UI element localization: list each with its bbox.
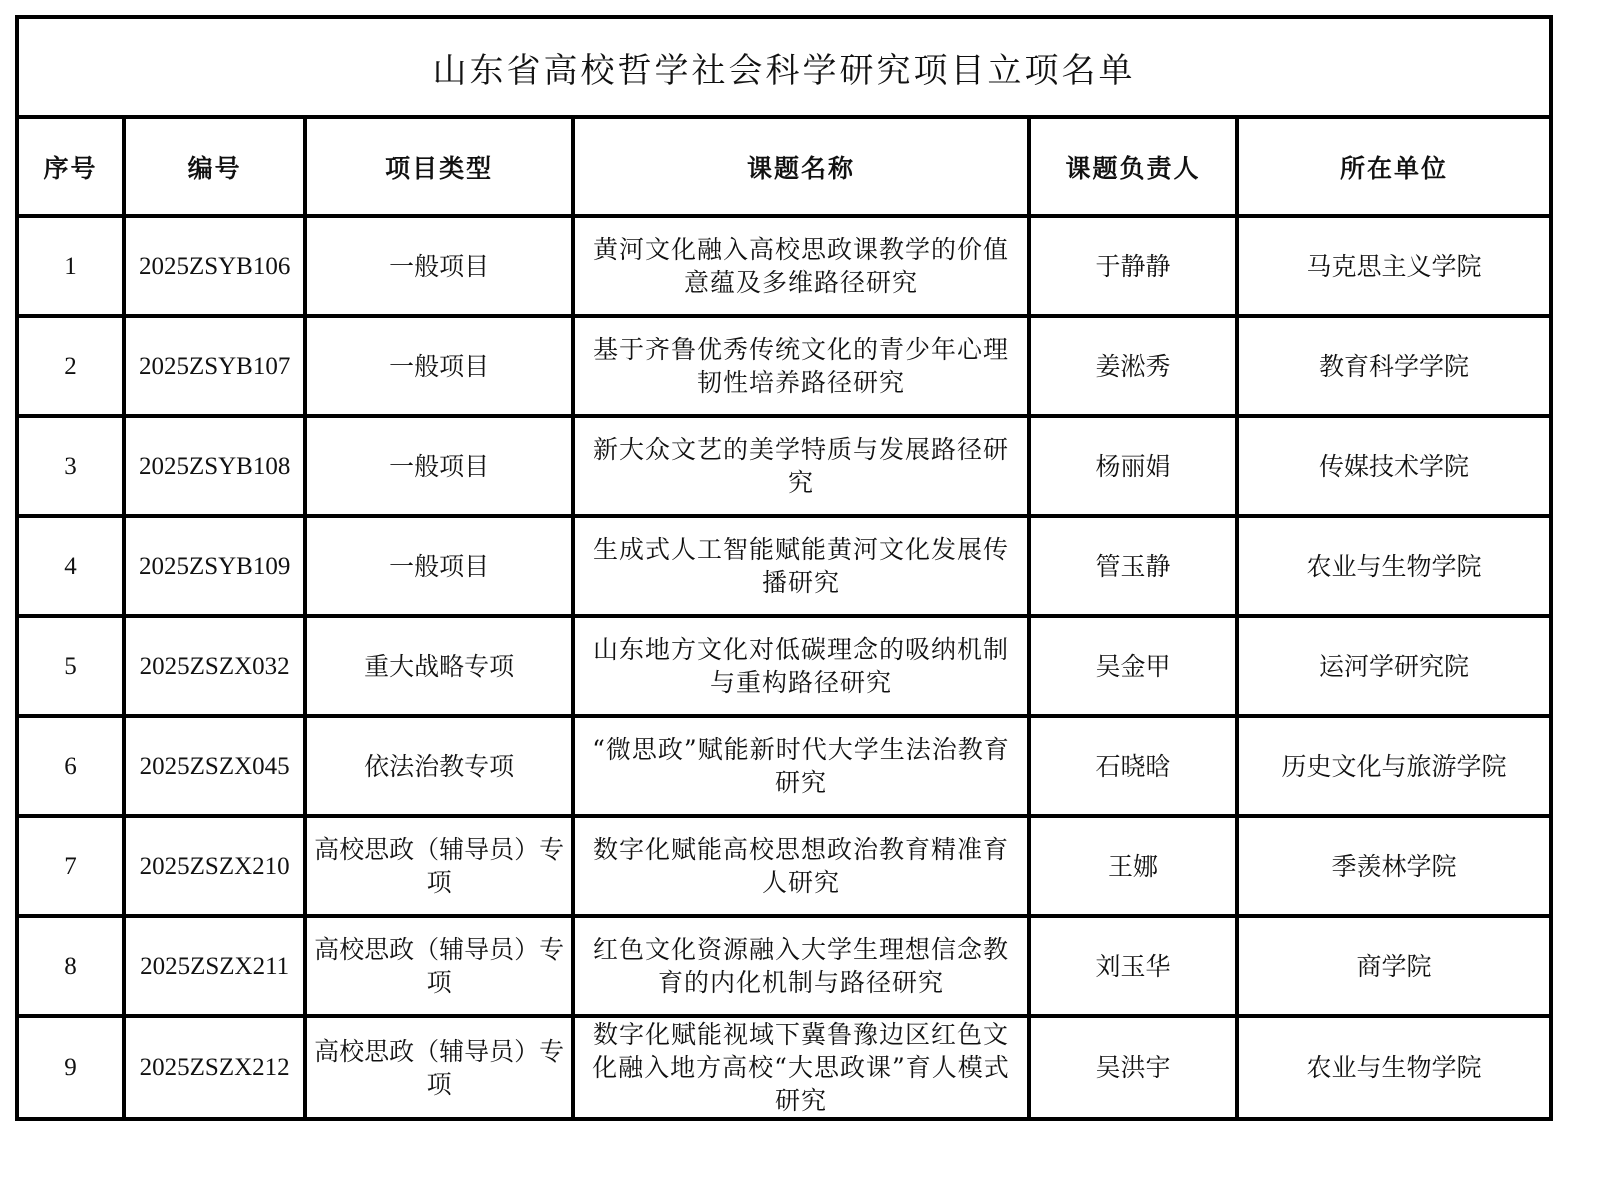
project-unit: 农业与生物学院 bbox=[1237, 1016, 1551, 1119]
table-row: 6 2025ZSZX045 依法治教专项 “微思政”赋能新时代大学生法治教育研究… bbox=[17, 716, 1551, 816]
header-row: 序号 编号 项目类型 课题名称 课题负责人 所在单位 bbox=[17, 117, 1551, 216]
row-index: 3 bbox=[17, 416, 124, 516]
project-code: 2025ZSYB108 bbox=[124, 416, 305, 516]
row-index: 9 bbox=[17, 1016, 124, 1119]
project-lead: 吴金甲 bbox=[1029, 616, 1237, 716]
project-code: 2025ZSZX045 bbox=[124, 716, 305, 816]
project-code: 2025ZSYB106 bbox=[124, 216, 305, 316]
project-type: 一般项目 bbox=[305, 216, 573, 316]
table-row: 2 2025ZSYB107 一般项目 基于齐鲁优秀传统文化的青少年心理韧性培养路… bbox=[17, 316, 1551, 416]
project-topic: 基于齐鲁优秀传统文化的青少年心理韧性培养路径研究 bbox=[573, 316, 1029, 416]
column-header-code: 编号 bbox=[124, 117, 305, 216]
project-lead: 石晓晗 bbox=[1029, 716, 1237, 816]
project-unit: 商学院 bbox=[1237, 916, 1551, 1016]
row-index: 2 bbox=[17, 316, 124, 416]
project-unit: 历史文化与旅游学院 bbox=[1237, 716, 1551, 816]
project-code: 2025ZSYB107 bbox=[124, 316, 305, 416]
project-list-table: 山东省高校哲学社会科学研究项目立项名单 序号 编号 项目类型 课题名称 课题负责… bbox=[15, 15, 1553, 1121]
project-topic: 山东地方文化对低碳理念的吸纳机制与重构路径研究 bbox=[573, 616, 1029, 716]
project-unit: 马克思主义学院 bbox=[1237, 216, 1551, 316]
project-topic: 新大众文艺的美学特质与发展路径研究 bbox=[573, 416, 1029, 516]
row-index: 4 bbox=[17, 516, 124, 616]
column-header-type: 项目类型 bbox=[305, 117, 573, 216]
column-header-index: 序号 bbox=[17, 117, 124, 216]
table-row: 7 2025ZSZX210 高校思政（辅导员）专项 数字化赋能高校思想政治教育精… bbox=[17, 816, 1551, 916]
project-lead: 吴洪宇 bbox=[1029, 1016, 1237, 1119]
project-type: 一般项目 bbox=[305, 416, 573, 516]
project-unit: 传媒技术学院 bbox=[1237, 416, 1551, 516]
column-header-lead: 课题负责人 bbox=[1029, 117, 1237, 216]
project-topic: 数字化赋能视域下冀鲁豫边区红色文化融入地方高校“大思政课”育人模式研究 bbox=[573, 1016, 1029, 1119]
table-row: 3 2025ZSYB108 一般项目 新大众文艺的美学特质与发展路径研究 杨丽娟… bbox=[17, 416, 1551, 516]
project-type: 一般项目 bbox=[305, 516, 573, 616]
project-type: 高校思政（辅导员）专项 bbox=[305, 816, 573, 916]
project-unit: 季羡林学院 bbox=[1237, 816, 1551, 916]
project-topic: “微思政”赋能新时代大学生法治教育研究 bbox=[573, 716, 1029, 816]
project-type: 高校思政（辅导员）专项 bbox=[305, 1016, 573, 1119]
project-topic: 数字化赋能高校思想政治教育精准育人研究 bbox=[573, 816, 1029, 916]
row-index: 7 bbox=[17, 816, 124, 916]
table-row: 1 2025ZSYB106 一般项目 黄河文化融入高校思政课教学的价值意蕴及多维… bbox=[17, 216, 1551, 316]
project-type: 一般项目 bbox=[305, 316, 573, 416]
row-index: 1 bbox=[17, 216, 124, 316]
project-topic: 红色文化资源融入大学生理想信念教育的内化机制与路径研究 bbox=[573, 916, 1029, 1016]
project-code: 2025ZSZX211 bbox=[124, 916, 305, 1016]
project-lead: 杨丽娟 bbox=[1029, 416, 1237, 516]
project-code: 2025ZSZX210 bbox=[124, 816, 305, 916]
project-unit: 运河学研究院 bbox=[1237, 616, 1551, 716]
project-type: 高校思政（辅导员）专项 bbox=[305, 916, 573, 1016]
row-index: 5 bbox=[17, 616, 124, 716]
project-topic: 黄河文化融入高校思政课教学的价值意蕴及多维路径研究 bbox=[573, 216, 1029, 316]
project-unit: 教育科学学院 bbox=[1237, 316, 1551, 416]
table-row: 4 2025ZSYB109 一般项目 生成式人工智能赋能黄河文化发展传播研究 管… bbox=[17, 516, 1551, 616]
column-header-topic: 课题名称 bbox=[573, 117, 1029, 216]
table-row: 8 2025ZSZX211 高校思政（辅导员）专项 红色文化资源融入大学生理想信… bbox=[17, 916, 1551, 1016]
project-type: 依法治教专项 bbox=[305, 716, 573, 816]
project-type: 重大战略专项 bbox=[305, 616, 573, 716]
project-lead: 王娜 bbox=[1029, 816, 1237, 916]
row-index: 8 bbox=[17, 916, 124, 1016]
project-lead: 管玉静 bbox=[1029, 516, 1237, 616]
project-lead: 刘玉华 bbox=[1029, 916, 1237, 1016]
row-index: 6 bbox=[17, 716, 124, 816]
document-title: 山东省高校哲学社会科学研究项目立项名单 bbox=[17, 17, 1551, 117]
project-code: 2025ZSYB109 bbox=[124, 516, 305, 616]
project-code: 2025ZSZX212 bbox=[124, 1016, 305, 1119]
table-row: 5 2025ZSZX032 重大战略专项 山东地方文化对低碳理念的吸纳机制与重构… bbox=[17, 616, 1551, 716]
project-lead: 于静静 bbox=[1029, 216, 1237, 316]
table-row: 9 2025ZSZX212 高校思政（辅导员）专项 数字化赋能视域下冀鲁豫边区红… bbox=[17, 1016, 1551, 1119]
project-lead: 姜淞秀 bbox=[1029, 316, 1237, 416]
project-unit: 农业与生物学院 bbox=[1237, 516, 1551, 616]
title-row: 山东省高校哲学社会科学研究项目立项名单 bbox=[17, 17, 1551, 117]
project-topic: 生成式人工智能赋能黄河文化发展传播研究 bbox=[573, 516, 1029, 616]
column-header-unit: 所在单位 bbox=[1237, 117, 1551, 216]
project-code: 2025ZSZX032 bbox=[124, 616, 305, 716]
